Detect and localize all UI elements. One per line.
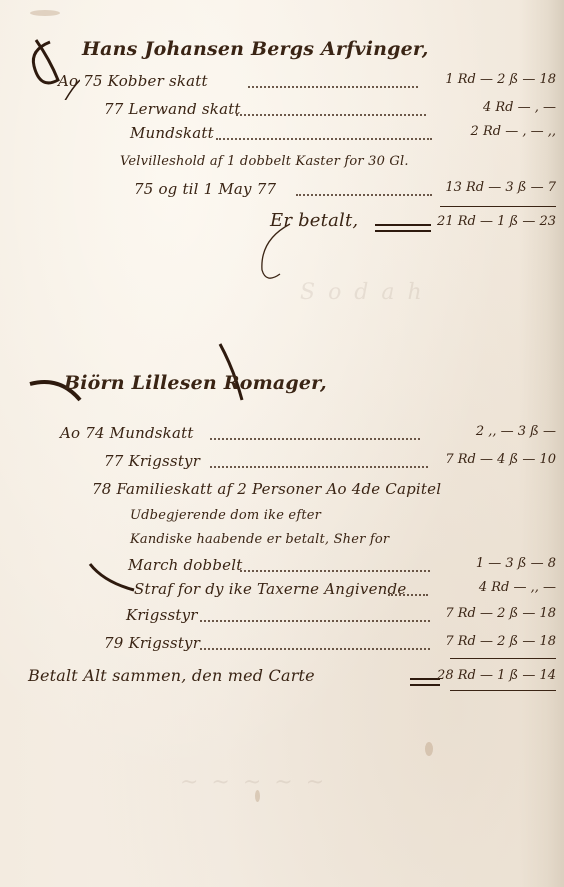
entry-line: 77 Lerwand skatt bbox=[104, 100, 241, 118]
entry-line: 75 og til 1 May 77 bbox=[134, 180, 276, 198]
entry-line: Udbegjerende dom ike efter bbox=[130, 508, 321, 523]
amount: 4 Rd — , — bbox=[483, 100, 556, 115]
entry-line: March dobbelt bbox=[128, 556, 242, 574]
amount: 1 Rd — 2 ß — 18 bbox=[445, 72, 556, 87]
entry-line: Ao 75 Kobber skatt bbox=[58, 72, 208, 90]
dotted-leader bbox=[200, 620, 430, 622]
dotted-leader bbox=[240, 570, 430, 572]
entry-line: Velvilleshold af 1 dobbelt Kaster for 30… bbox=[120, 154, 409, 169]
paraph-flourish-icon bbox=[250, 220, 310, 290]
entry-line: Ao 74 Mundskatt bbox=[60, 424, 194, 442]
amount: 2 Rd — , — ,, bbox=[471, 124, 556, 139]
amount: 13 Rd — 3 ß — 7 bbox=[445, 180, 556, 195]
bleed-through-text: S o d a h bbox=[300, 280, 425, 305]
amount: 7 Rd — 2 ß — 18 bbox=[445, 634, 556, 649]
amount: 4 Rd — ,, — bbox=[479, 580, 556, 595]
bleed-through-text: ~ ~ ~ ~ ~ bbox=[180, 770, 327, 795]
dotted-leader bbox=[388, 594, 428, 596]
entry-line: Kandiske haabende er betalt, Sher for bbox=[130, 532, 389, 547]
sum-rule bbox=[440, 206, 556, 207]
ink-stain bbox=[425, 742, 433, 756]
dotted-leader bbox=[210, 438, 420, 440]
dotted-leader bbox=[210, 466, 428, 468]
dotted-leader bbox=[236, 114, 426, 116]
entry-line: 79 Krigsstyr bbox=[104, 634, 200, 652]
dotted-leader bbox=[200, 648, 430, 650]
ink-stain bbox=[255, 790, 260, 802]
amount: 1 — 3 ß — 8 bbox=[476, 556, 556, 571]
entry-line: Straf for dy ike Taxerne Angivende bbox=[134, 580, 406, 598]
amount: 2 ,, — 3 ß — bbox=[476, 424, 556, 439]
entry-line: Krigsstyr bbox=[126, 606, 198, 624]
dotted-leader bbox=[248, 86, 418, 88]
total-amount: 28 Rd — 1 ß — 14 bbox=[437, 668, 556, 683]
total-amount: 21 Rd — 1 ß — 23 bbox=[437, 214, 556, 229]
double-rule bbox=[375, 224, 431, 232]
entry-heading: Hans Johansen Bergs Arfvinger, bbox=[82, 38, 429, 60]
amount: 7 Rd — 4 ß — 10 bbox=[445, 452, 556, 467]
total-label: Betalt Alt sammen, den med Carte bbox=[28, 666, 315, 685]
entry-line: 78 Familieskatt af 2 Personer Ao 4de Cap… bbox=[92, 480, 441, 498]
dotted-leader bbox=[296, 194, 432, 196]
dotted-leader bbox=[216, 138, 432, 140]
sum-rule bbox=[450, 658, 556, 659]
ink-stain bbox=[30, 10, 60, 16]
entry-line: 77 Krigsstyr bbox=[104, 452, 200, 470]
amount: 7 Rd — 2 ß — 18 bbox=[445, 606, 556, 621]
entry-line: Mundskatt bbox=[130, 124, 214, 142]
sum-rule bbox=[450, 690, 556, 691]
manuscript-page: S o d a h ~ ~ ~ ~ ~ Hans Johansen Bergs … bbox=[0, 0, 564, 887]
double-rule bbox=[410, 678, 440, 686]
entry-heading: Biörn Lillesen Romager, bbox=[64, 372, 327, 394]
